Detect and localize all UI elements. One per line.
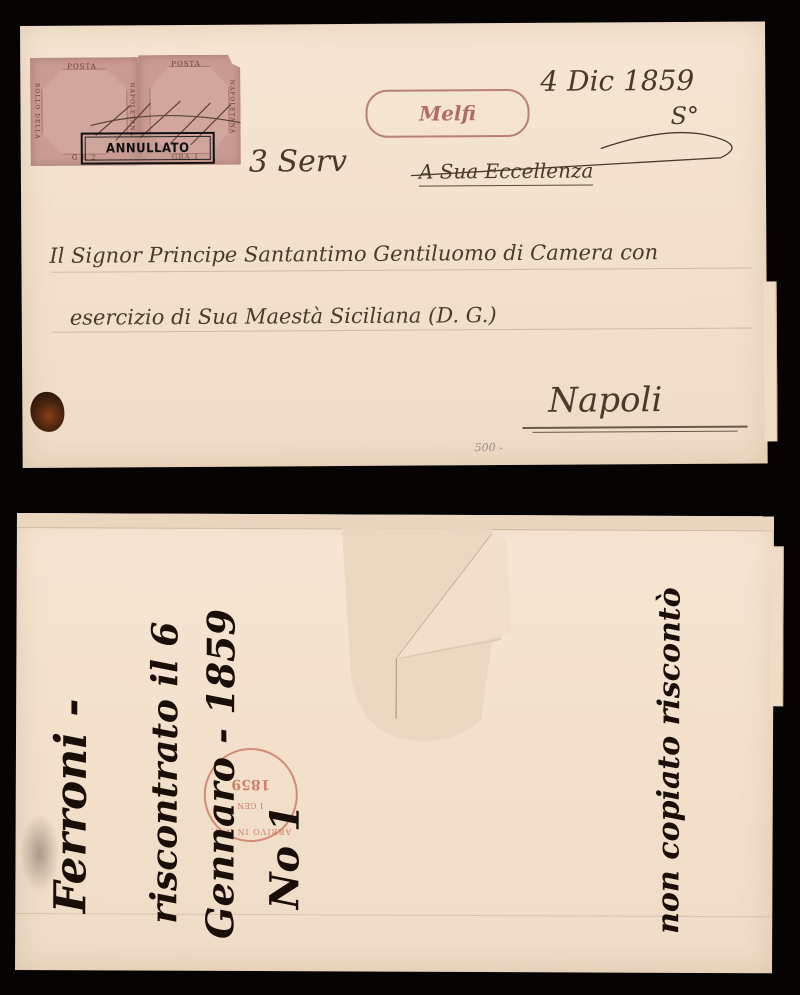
pencil-price-note: 500 - [475, 441, 503, 454]
ink-smudge [19, 813, 59, 893]
docket-line-2: riscontrato il 6 [143, 622, 186, 924]
address-line-1: Il Signor Principe Santantimo Gentiluomo… [49, 240, 658, 268]
docket-line-4: No 1 [261, 804, 308, 909]
right-vertical-note: non copiato riscontò [651, 587, 688, 934]
cover-front: POSTA BOLLO DELLA NAPOLETANA G R 2 POSTA… [20, 21, 768, 468]
address-line-2: esercizio di Sua Maestà Siciliana (D. G.… [70, 303, 497, 330]
salutation: A Sua Eccellenza [419, 159, 594, 187]
annullato-cancel: ANNULLATO [81, 132, 215, 165]
destination-city: Napoli [548, 380, 662, 421]
seal-flap-tear [341, 528, 522, 749]
wax-seal-remnant [30, 392, 64, 432]
rate-note: 3 Serv [249, 144, 347, 180]
date-note: 4 Dic 1859 [540, 64, 694, 98]
stamp-side-left: BOLLO DELLA [33, 83, 40, 140]
stamp-top-label: POSTA [171, 60, 201, 68]
docket-line-3: Gennaro - 1859 [197, 609, 243, 939]
ruled-line [52, 268, 752, 273]
destination-underline-2 [532, 431, 737, 433]
right-flap-edge [770, 546, 784, 706]
stamp-top-label: POSTA [67, 63, 97, 71]
destination-underline [522, 426, 747, 429]
cover-back: ARRIVO IN NAP. 1 GEN 1859 Ferroni - risc… [15, 513, 774, 973]
